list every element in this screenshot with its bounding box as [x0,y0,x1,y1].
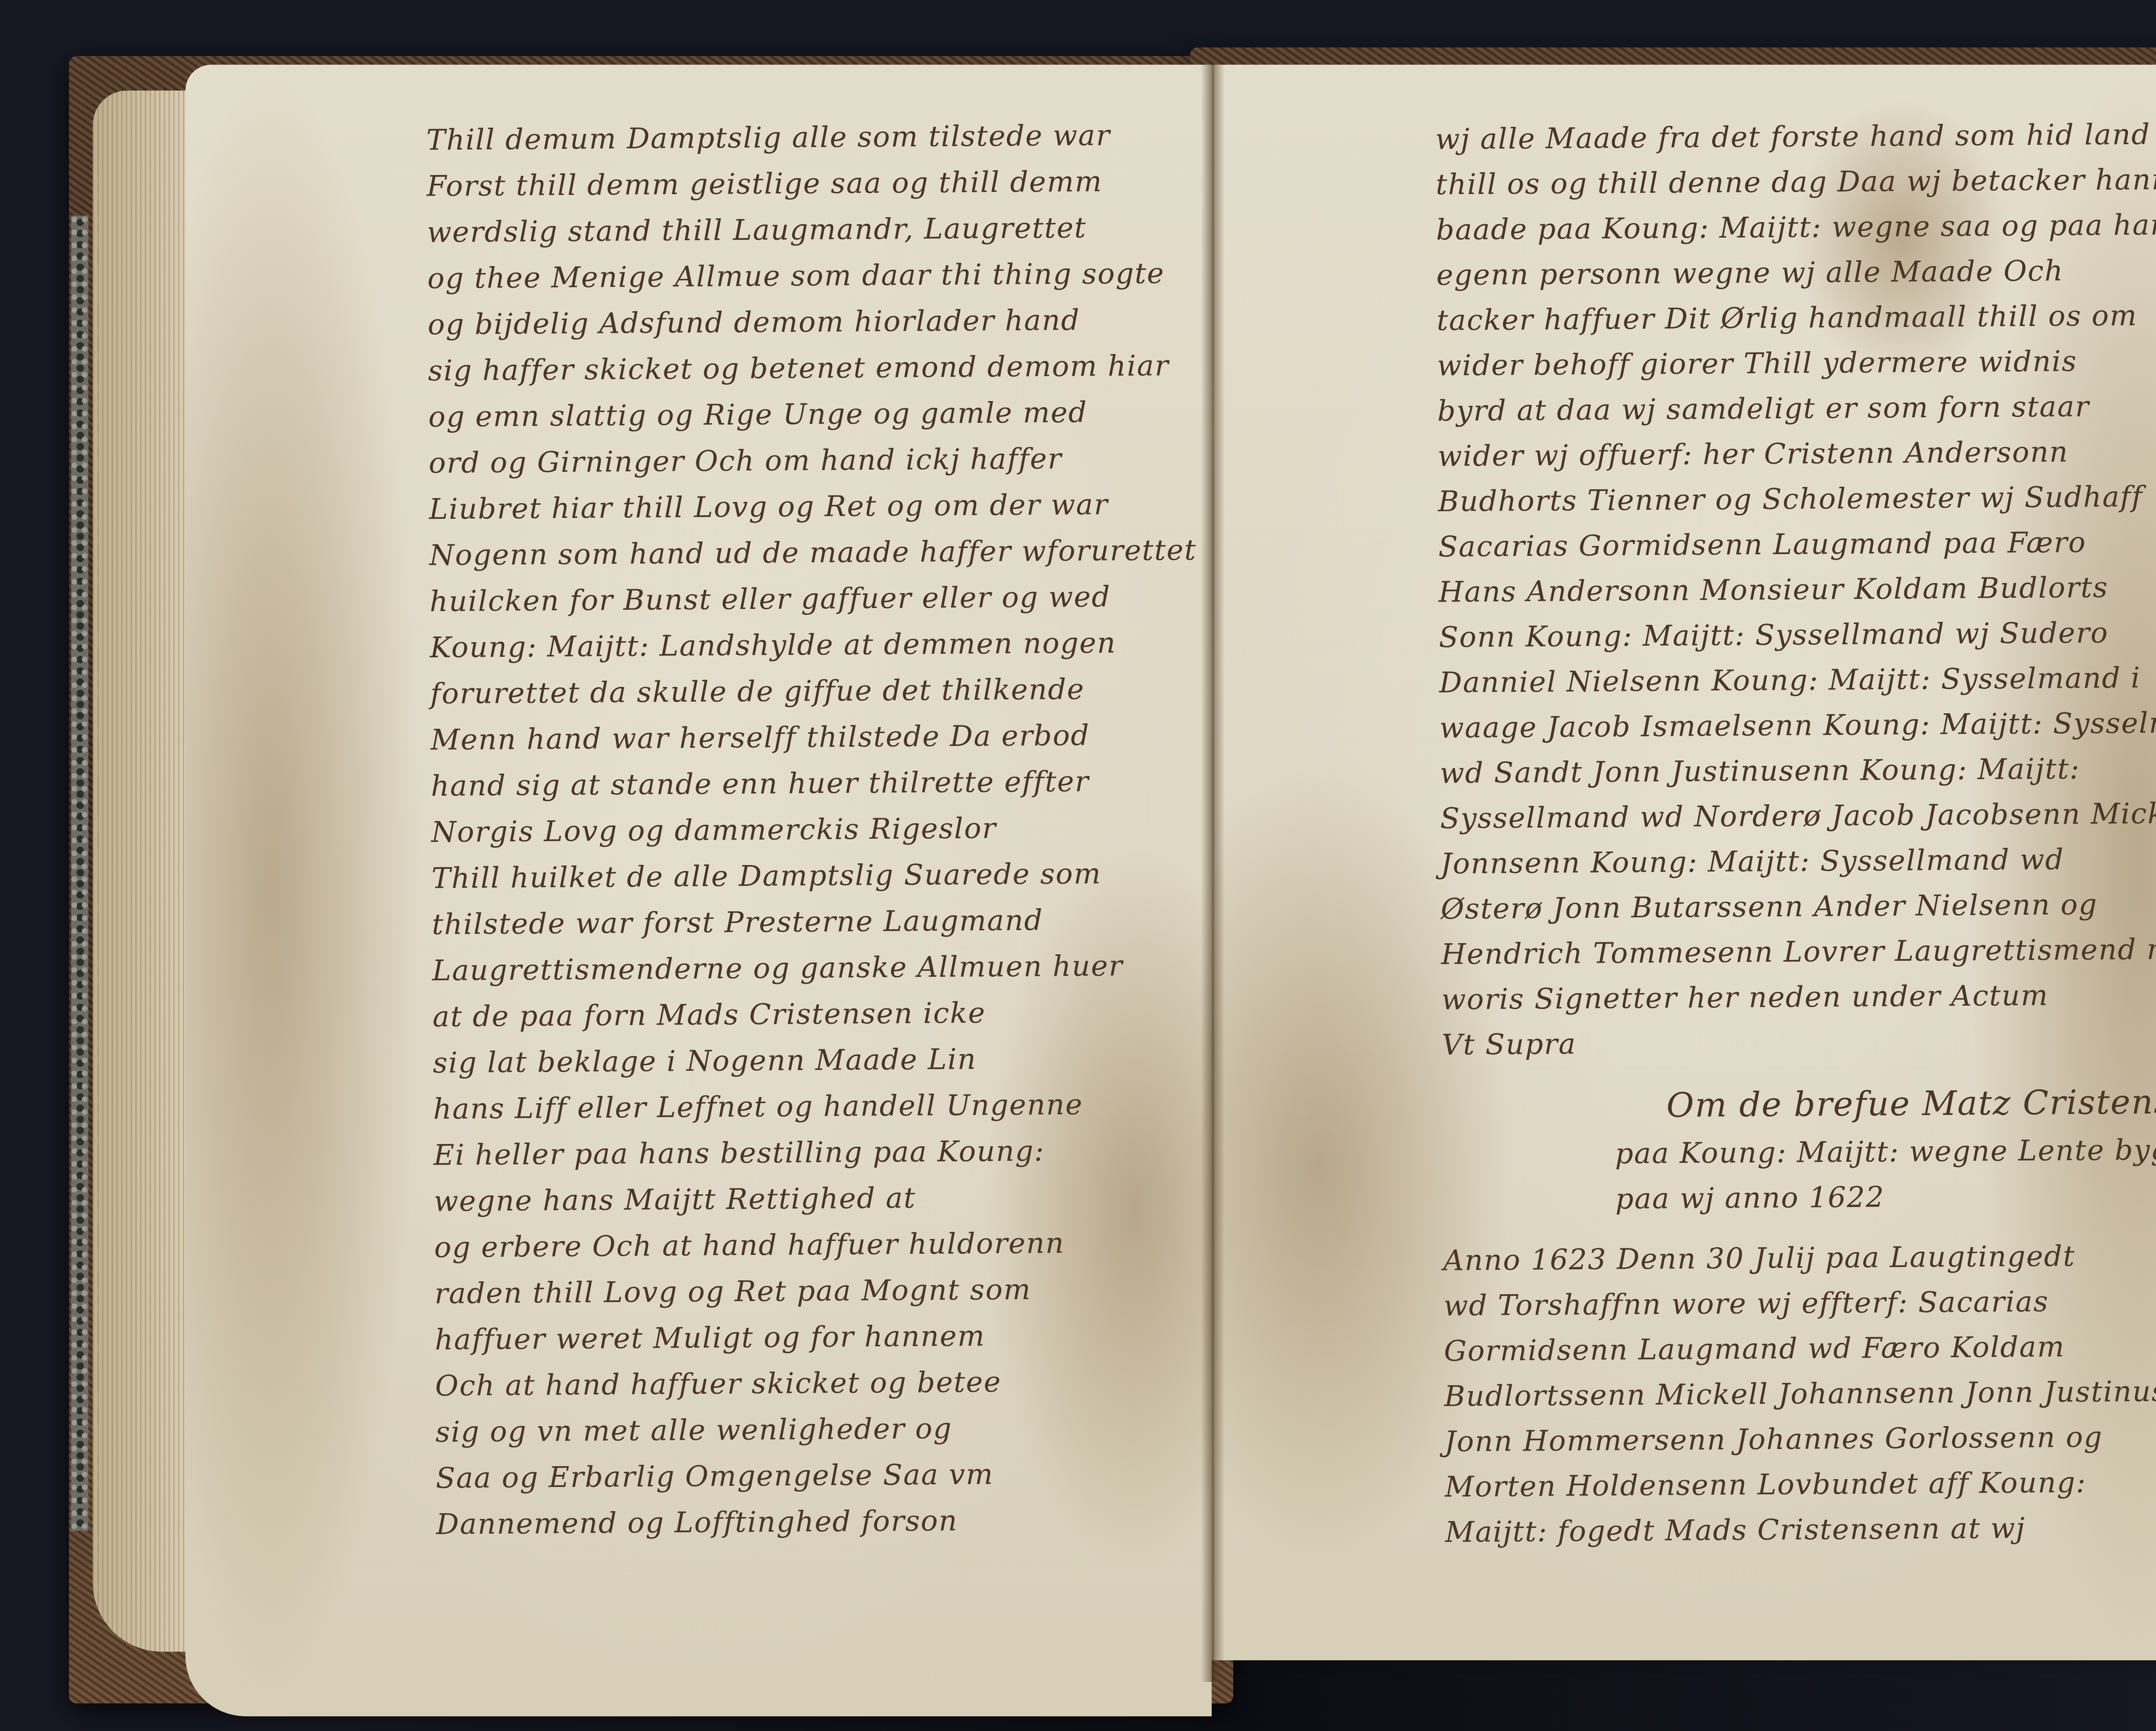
text-line: Sonn Koung: Maijtt: Syssellmand wj Suder… [1438,601,2156,652]
text-line: Forst thill demm geistlige saa og thill … [426,149,1194,201]
text-line: egenn personn wegne wj alle Maade Och [1436,239,2156,290]
text-line: Vt Supra [1442,1009,2156,1060]
entry-line: Budlortssenn Mickell Johannsenn Jonn Jus… [1444,1360,2156,1411]
section-subheading-line: paa Koung: Maijtt: wegne Lente byggr [1442,1119,2156,1170]
entry-line: Maijtt: fogedt Mads Cristensenn at wj [1445,1496,2156,1547]
text-line: og erbere Och at hand haffuer huldorenn [434,1210,1201,1262]
text-line: Sacarias Gormidsenn Laugmand paa Færo [1438,511,2156,561]
text-line: wd Sandt Jonn Justinusenn Koung: Maijtt: [1440,737,2156,788]
text-line: huilcken for Bunst eller gaffuer eller o… [429,564,1197,616]
text-line: ord og Girninger Och om hand ickj haffer [429,426,1196,477]
section-subheading-line: paa wj anno 1622 [1443,1164,2156,1215]
text-line: Jonnsenn Koung: Maijtt: Syssellmand wd [1440,828,2156,878]
text-line: haffuer weret Muligt og for hannem [435,1303,1202,1354]
text-line: wider behoff giorer Thill ydermere widni… [1437,329,2156,380]
text-line: Norgis Lovg og dammerckis Rigeslor [431,795,1199,847]
section-heading: Om de brefue Matz Cristensenn [1442,1054,2156,1124]
text-line: Dannemend og Lofftinghed forson [436,1487,1203,1539]
text-line: Thill demum Damptslig alle som tilstede … [426,103,1194,154]
text-line: wider wj offuerf: her Cristenn Andersonn [1438,420,2156,471]
text-line: werdslig stand thill Laugmandr, Laugrett… [427,195,1194,247]
text-line: Koung: Maijtt: Landshylde at demmen noge… [430,611,1197,662]
entry-line: Jonn Hommersenn Johannes Gorlossenn og [1444,1405,2156,1456]
left-page-text: Thill demum Damptslig alle som tilstede … [426,103,1203,1539]
text-line: wj alle Maade fra det forste hand som hi… [1435,103,2156,154]
text-line: waage Jacob Ismaelsenn Koung: Maijtt: Sy… [1439,692,2156,743]
text-line: raden thill Lovg og Ret paa Mognt som [434,1257,1202,1308]
text-line: baade paa Koung: Maijtt: wegne saa og pa… [1436,194,2156,245]
text-line: Ei heller paa hans bestilling paa Koung: [433,1118,1201,1170]
text-line: og emn slattig og Rige Unge og gamle med [428,380,1196,431]
text-line: Syssellmand wd Norderø Jacob Jacobsenn M… [1440,782,2156,833]
text-line: sig og vn met alle wenligheder og [435,1395,1203,1446]
text-line: Østerø Jonn Butarssenn Ander Nielsenn og [1441,873,2156,924]
text-line: og bijdelig Adsfund demom hiorlader hand [427,288,1195,339]
text-line: Liubret hiar thill Lovg og Ret og om der… [429,472,1196,524]
text-line: wegne hans Maijtt Rettighed at [434,1164,1201,1216]
text-line: sig haffer skicket og betenet emond demo… [428,334,1195,385]
text-line: byrd at daa wj samdeligt er som forn sta… [1437,375,2156,426]
edge-stain [185,65,423,1716]
right-page-text: wj alle Maade fra det forste hand som hi… [1435,103,2156,1547]
text-line: tacker haffuer Dit Ørlig handmaall thill… [1436,284,2156,335]
text-line: Hans Andersonn Monsieur Koldam Budlorts [1438,556,2156,607]
text-line: forurettet da skulle de giffue det thilk… [430,657,1197,708]
text-line: og thee Menige Allmue som daar thi thing… [427,241,1195,293]
text-line: hand sig at stande enn huer thilrette ef… [431,749,1198,800]
text-line: Nogenn som hand ud de maade haffer wforu… [429,518,1197,570]
text-line: hans Liff eller Leffnet og handell Ungen… [433,1072,1200,1123]
text-line: Laugrettismenderne og ganske Allmuen hue… [432,934,1200,985]
book-gutter [1201,65,1225,1682]
text-line: Danniel Nielsenn Koung: Maijtt: Sysselma… [1439,646,2156,697]
text-line: sig lat beklage i Nogenn Maade Lin [432,1026,1200,1077]
entry-line: wd Torshaffnn wore wj effterf: Sacarias [1443,1270,2156,1320]
text-line: Menn hand war herselff thilstede Da erbo… [430,703,1198,754]
text-line: Thill huilket de alle Damptslig Suarede … [431,841,1199,893]
text-line: thill os og thill denne dag Daa wj betac… [1435,148,2156,199]
text-line: Saa og Erbarlig Omgengelse Saa vm [436,1441,1203,1493]
entry-line: Gormidsenn Laugmand wd Færo Koldam [1444,1315,2156,1366]
text-line: Hendrich Tommesenn Lovrer Laugrettismend… [1441,918,2156,969]
text-line: woris Signetter her neden under Actum [1441,963,2156,1014]
entry-line: Anno 1623 Denn 30 Julij paa Laugtingedt [1443,1209,2156,1275]
text-line: Och at hand haffuer skicket og betee [435,1349,1203,1400]
entry-line: Morten Holdensenn Lovbundet aff Koung: [1445,1451,2156,1502]
text-line: at de paa forn Mads Cristensen icke [432,980,1200,1031]
text-line: Budhorts Tienner og Scholemester wj Sudh… [1438,465,2156,516]
text-line: thilstede war forst Presterne Laugmand [432,887,1199,939]
left-marbled-board-edge [71,216,88,1531]
